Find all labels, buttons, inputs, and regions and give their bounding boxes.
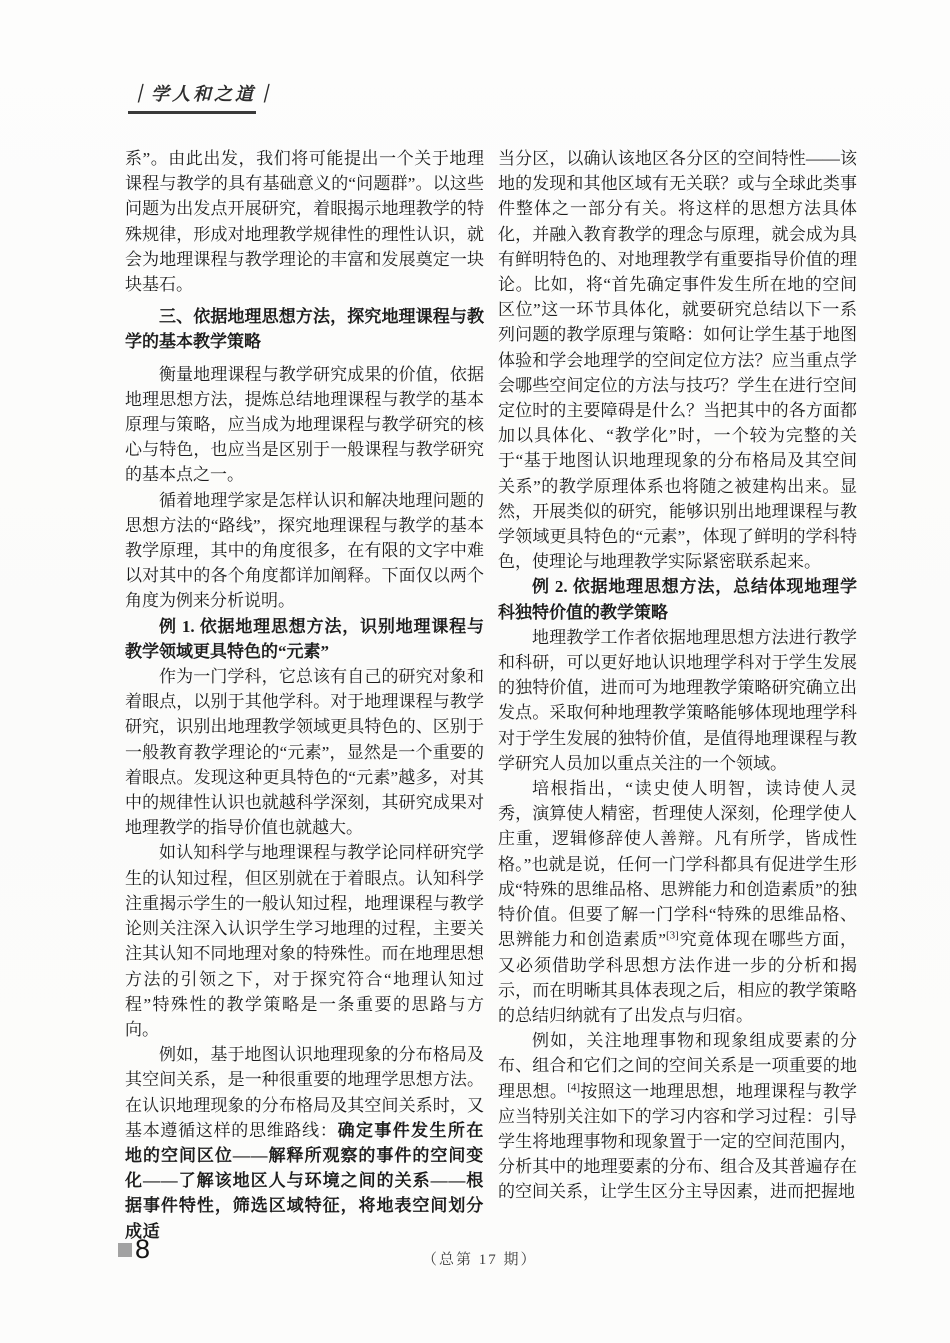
text-segment: 地理教学工作者依据地理思想方法进行教学和科研，可以更好地认识地理学科对于学生发展… [498,628,857,773]
paragraph: 例如，关注地理事物和现象组成要素的分布、组合和它们之间的空间关系是一项重要的地理… [498,1028,857,1204]
article-body: 系”。由此出发，我们将可能提出一个关于地理课程与教学的具有基础意义的“问题群”。… [125,146,857,1244]
text-segment: 衡量地理课程与教学研究成果的价值，依据地理思想方法，提炼总结地理课程与教学的基本… [125,365,484,485]
page-number: 8 [135,1236,150,1263]
section-heading: 例 1. 依据地理思想方法，识别地理课程与教学领域更具特色的“元素” [125,614,484,664]
paragraph: 例如，基于地图认识地理现象的分布格局及其空间关系，是一种很重要的地理学思想方法。… [125,1042,484,1244]
section-header-label: ｜学人和之道｜ [128,80,279,110]
page-marker-icon [118,1243,132,1257]
scanned-journal-page: ｜学人和之道｜ 系”。由此出发，我们将可能提出一个关于地理课程与教学的具有基础意… [0,0,950,1343]
text-segment: 当分区，以确认该地区各分区的空间特性——该地的发现和其他区域有无关联？或与全球此… [498,149,857,571]
citation-superscript: [4] [567,1081,580,1093]
text-segment: 例 1. 依据地理思想方法，识别地理课程与教学领域更具特色的“元素” [125,617,484,661]
header-underline [128,111,256,114]
citation-superscript: [3] [666,930,679,942]
text-segment: 例 2. 依据地理思想方法，总结体现地理学科独特价值的教学策略 [498,577,857,621]
text-segment: 三、依据地理思想方法，探究地理课程与教学的基本教学策略 [125,307,484,351]
section-heading: 例 2. 依据地理思想方法，总结体现地理学科独特价值的教学策略 [498,574,857,624]
right-column: 当分区，以确认该地区各分区的空间特性——该地的发现和其他区域有无关联？或与全球此… [498,146,857,1244]
text-segment: 培根指出，“读史使人明智，读诗使人灵秀，演算使人精密，哲理使人深刻，伦理学使人庄… [498,779,857,949]
text-segment: 如认知科学与地理课程与教学论同样研究学生的认知过程，但区别就在于着眼点。认知科学… [125,843,484,1038]
section-heading: 三、依据地理思想方法，探究地理课程与教学的基本教学策略 [125,304,484,354]
paragraph: 培根指出，“读史使人明智，读诗使人灵秀，演算使人精密，哲理使人深刻，伦理学使人庄… [498,776,857,1028]
text-segment: 循着地理学家是怎样认识和解决地理问题的思想方法的“路线”，探究地理课程与教学的基… [125,491,484,611]
issue-label: （总第 17 期） [422,1248,538,1269]
paragraph: 系”。由此出发，我们将可能提出一个关于地理课程与教学的具有基础意义的“问题群”。… [125,146,484,297]
paragraph: 作为一门学科，它总该有自己的研究对象和着眼点，以别于其他学科。对于地理课程与教学… [125,664,484,840]
left-column: 系”。由此出发，我们将可能提出一个关于地理课程与教学的具有基础意义的“问题群”。… [125,146,484,1244]
paragraph: 衡量地理课程与教学研究成果的价值，依据地理思想方法，提炼总结地理课程与教学的基本… [125,362,484,488]
paragraph: 循着地理学家是怎样认识和解决地理问题的思想方法的“路线”，探究地理课程与教学的基… [125,488,484,614]
text-segment: 作为一门学科，它总该有自己的研究对象和着眼点，以别于其他学科。对于地理课程与教学… [125,667,484,837]
text-segment: 系”。由此出发，我们将可能提出一个关于地理课程与教学的具有基础意义的“问题群”。… [125,149,484,294]
section-header: ｜学人和之道｜ [128,80,279,114]
page-number-block: 8 [118,1236,150,1263]
paragraph: 地理教学工作者依据地理思想方法进行教学和科研，可以更好地认识地理学科对于学生发展… [498,625,857,776]
paragraph: 当分区，以确认该地区各分区的空间特性——该地的发现和其他区域有无关联？或与全球此… [498,146,857,574]
paragraph: 如认知科学与地理课程与教学论同样研究学生的认知过程，但区别就在于着眼点。认知科学… [125,840,484,1042]
